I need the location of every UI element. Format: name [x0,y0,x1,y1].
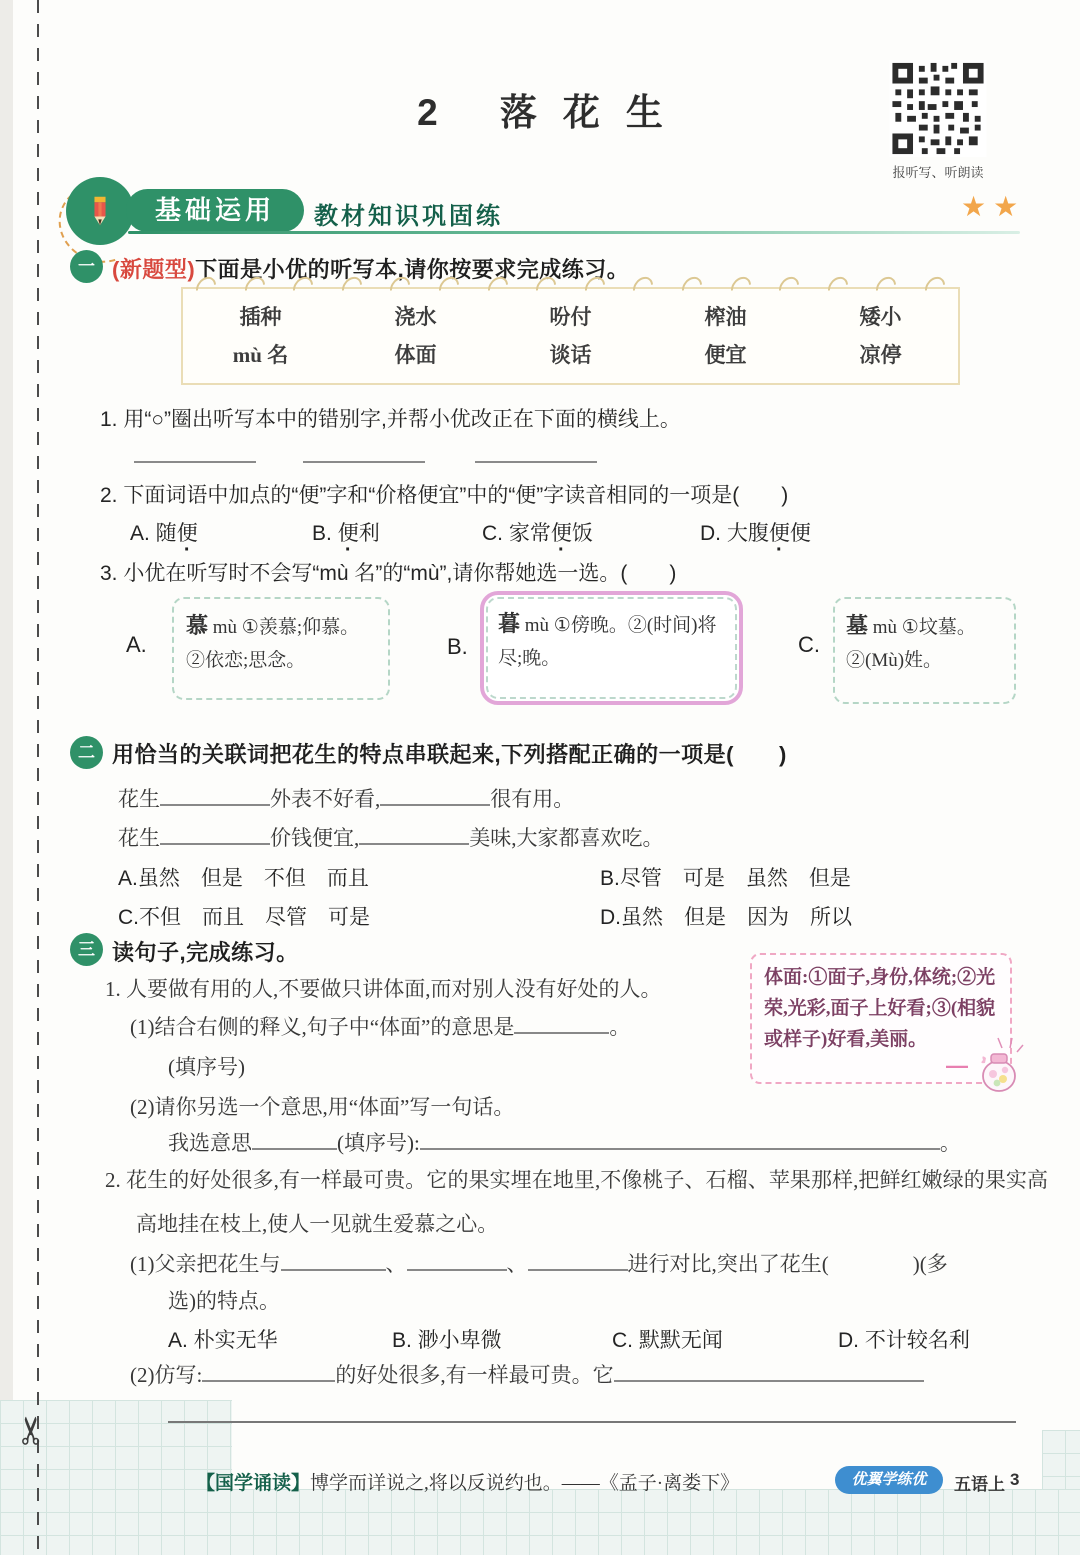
q3-option-b: B. 渺小卑微 [392,1324,502,1354]
star-icon: ★ [961,191,993,222]
sentence-text: (2)仿写: [130,1363,202,1387]
hanzi: 慕 [186,613,208,638]
notebook-word: mù 名 [183,339,338,369]
option-text: D. 大腹 [700,522,769,545]
sentence-text: 外表不好看, [270,787,380,811]
candy-jar-icon [972,1036,1024,1094]
hanzi: 暮 [498,611,520,636]
q1-option-d: D. 大腹便便 [700,517,811,547]
hanzi: 墓 [846,613,868,638]
question1-sub1: 1. 用“○”圈出听写本中的错别字,并帮小优改正在下面的横线上。 [100,403,681,433]
fill-blank [160,783,270,806]
notebook-word: 榨油 [648,301,803,331]
answer-blank-long [168,1421,1016,1423]
fill-blank [614,1359,924,1382]
notebook-word: 吩付 [493,301,648,331]
notebook-word: 矮小 [803,301,958,331]
question1-sub2: 2. 下面词语中加点的“便”字和“价格便宜”中的“便”字读音相同的一项是( ) [100,479,788,509]
difficulty-stars: ★★ [961,190,1025,223]
answer-blank [303,461,425,463]
dotted-char: 便 [338,517,359,547]
definition-box-a: 慕 mù ①羡慕;仰慕。②依恋;思念。 [172,597,390,700]
question3-marker: 三 [70,933,103,966]
sentence-text: (1)父亲把花生与 [130,1252,281,1276]
sentence-text: 我选意思 [168,1131,252,1155]
sentence-text: (1)结合右侧的释义,句子中“体面”的意思是 [130,1015,514,1039]
page-number: 3 [1010,1470,1019,1490]
answer-blank [475,461,597,463]
q2-option-b: B.尽管 可是 虽然 但是 [600,862,851,892]
q3-sentence1: 1. 人要做有用的人,不要做只讲体面,而对别人没有好处的人。 [105,973,662,1003]
q1-option-a: A. 随便 [130,517,198,547]
q2-sentence2: 花生价钱便宜,美味,大家都喜欢吃。 [118,822,664,852]
q3-sub2-2: (2)仿写:的好处很多,有一样最可贵。它 [130,1359,924,1389]
spiral-binding [197,276,944,299]
brand-badge: 优翼学练优 [835,1466,943,1494]
q3-sub2-1-wrap: 选)的特点。 [168,1285,280,1315]
q1-option-c: C. 家常便饭 [482,517,593,547]
sentence-text: 花生 [118,787,160,811]
question3-stem: 读句子,完成练习。 [112,936,299,967]
q2-sentence1: 花生外表不好看,很有用。 [118,783,574,813]
pencil-badge [66,177,134,245]
q3-option-c: C. 默默无闻 [612,1324,723,1354]
scan-edge [0,0,13,1555]
sentence-text: 的好处很多,有一样最可贵。它 [335,1363,613,1387]
fill-blank [202,1359,335,1382]
grid-paper-bottom-strip [0,1489,1080,1555]
fill-blank [514,1011,609,1034]
question2-marker: 二 [70,736,103,769]
fill-blank [160,822,270,845]
option-text: 饭 [572,522,593,545]
notebook-word: 浇水 [338,301,493,331]
q3-sub2-1: (1)父亲把花生与、、进行对比,突出了花生( )(多 [130,1248,948,1278]
recite-text: 博学而详说之,将以反说约也。——《孟子·离娄下》 [310,1473,739,1494]
pinyin: mù [873,617,897,638]
q3-sub1-2: (2)请你另选一个意思,用“体面”写一句话。 [130,1091,514,1121]
section-underline [128,231,1020,234]
fill-blank [281,1248,386,1271]
pinyin: mù [213,617,237,638]
separator: 、 [507,1252,528,1276]
fill-blank [420,1127,940,1150]
option-text: 利 [359,522,380,545]
qr-caption: 报听写、听朗读 [856,162,1020,181]
notebook-row1: 插种 浇水 吩付 榨油 矮小 [183,301,958,331]
sentence-text: 。 [609,1015,630,1039]
sentence-text: 。 [940,1131,961,1155]
fill-blank [359,822,469,845]
dictation-notebook: 插种 浇水 吩付 榨油 矮小 mù 名 体面 谈话 便宜 凉停 [181,287,960,385]
scissors-icon: ✂ [9,1415,54,1447]
option-text: B. [312,522,338,545]
q3-option-d: D. 不计较名利 [838,1324,970,1354]
option-text: C. 家常 [482,522,551,545]
sentence-text: 花生 [118,826,160,850]
pointer-dash: — [946,1053,968,1079]
qr-code [888,60,988,157]
dotted-char: 便 [769,517,790,547]
definition-option-c-label: C. [798,632,820,658]
q3-sub1-2-answer-line: 我选意思(填序号):。 [168,1127,961,1157]
fill-blank [407,1248,507,1271]
notebook-word: 体面 [338,339,493,369]
fill-blank [380,783,490,806]
option-text: A. 随 [130,522,177,545]
notebook-word: 凉停 [803,339,958,369]
fill-blank [528,1248,628,1271]
cut-dashed-line [37,0,39,1555]
question1-marker: 一 [70,250,103,283]
sentence-text: 美味,大家都喜欢吃。 [469,826,663,850]
definition-box-c: 墓 mù ①坟墓。②(Mù)姓。 [833,597,1016,704]
book-label: 五语上 [954,1470,1005,1495]
q3-option-a: A. 朴实无华 [168,1324,278,1354]
notebook-row2: mù 名 体面 谈话 便宜 凉停 [183,339,958,369]
workbook-page: ✂ 2 落花生 报听写、听朗读 [0,0,1080,1555]
definition-option-b-label: B. [447,634,468,660]
recite-label: 【国学诵读】 [196,1473,310,1494]
q3-sentence2: 2. 花生的好处很多,有一样最可贵。它的果实埋在地里,不像桃子、石榴、苹果那样,… [105,1158,1048,1246]
option-text: 便 [790,522,811,545]
new-question-tag: (新题型) [112,257,195,282]
notebook-word: 便宜 [648,339,803,369]
question1-sub3: 3. 小优在听写时不会写“mù 名”的“mù”,请你帮她选一选。( ) [100,557,676,587]
question2-stem: 用恰当的关联词把花生的特点串联起来,下列搭配正确的一项是( ) [112,738,787,769]
section-badge: 基础运用 [126,189,304,232]
q1-option-b: B. 便利 [312,517,380,547]
q3-sub1-1: (1)结合右侧的释义,句子中“体面”的意思是。 [130,1011,630,1041]
q2-option-c: C.不但 而且 尽管 可是 [118,901,370,931]
definition-box-b: 暮 mù ①傍晚。②(时间)将尽;晚。 [480,591,743,705]
sentence-text: 很有用。 [490,787,574,811]
sentence-text: 进行对比,突出了花生( )(多 [628,1252,948,1276]
answer-blank [134,461,256,463]
q3-sub1-1-note: (填序号) [168,1051,245,1081]
sentence-text: (填序号): [337,1131,420,1155]
star-icon: ★ [993,191,1025,222]
dotted-char: 便 [551,517,572,547]
dotted-char: 便 [177,517,198,547]
definition-option-a-label: A. [126,632,147,658]
pencil-icon [81,192,119,230]
q2-option-a: A.虽然 但是 不但 而且 [118,862,369,892]
footer-recitation: 【国学诵读】博学而详说之,将以反说约也。——《孟子·离娄下》 [196,1468,739,1495]
q2-option-d: D.虽然 但是 因为 所以 [600,901,852,931]
sentence-text: 价钱便宜, [270,826,359,850]
section-subtitle: 教材知识巩固练 [314,196,503,231]
separator: 、 [386,1252,407,1276]
fill-blank [252,1127,337,1150]
pinyin: mù [525,615,549,636]
notebook-word: 插种 [183,301,338,331]
notebook-word: 谈话 [493,339,648,369]
